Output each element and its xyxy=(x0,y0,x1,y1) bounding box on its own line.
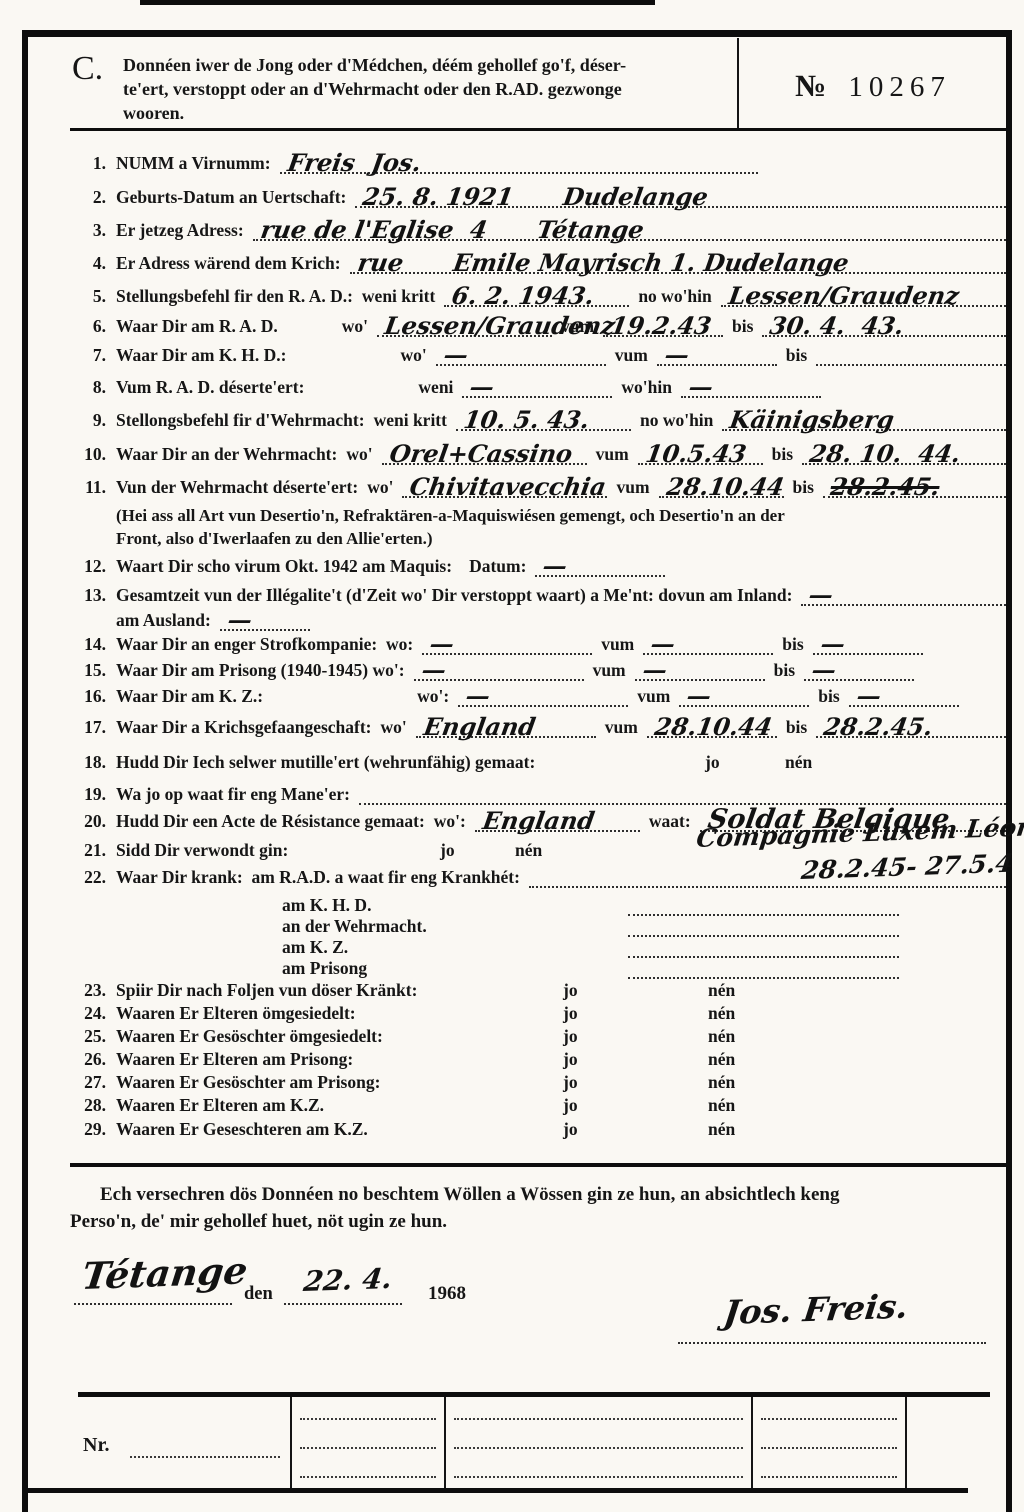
printed-label: vum xyxy=(616,477,649,498)
printed-label: Front, also d'Iwerlaafen zu den Allie'er… xyxy=(116,529,433,549)
row-number: 11. xyxy=(80,477,106,498)
printed-label: nén xyxy=(708,1119,735,1140)
scan-artifact xyxy=(140,0,655,5)
place-dotted-line xyxy=(74,1303,232,1305)
dotted-field: — xyxy=(679,681,809,707)
dotted-field: 10. 5. 43. xyxy=(456,405,631,431)
handwritten-value: 19.2.43 xyxy=(609,314,713,338)
form-row-r7: 7.Waar Dir am K. H. D.:wo'—vum—bis xyxy=(80,342,1006,366)
row-number: 27. xyxy=(80,1072,106,1093)
row-number: 4. xyxy=(80,253,106,274)
dotted-field: 19.2.43 xyxy=(603,311,723,337)
printed-label: jo xyxy=(563,1072,578,1093)
printed-label: vum xyxy=(605,717,638,738)
row-number: 8. xyxy=(80,377,106,398)
printed-label: wo' xyxy=(346,444,372,465)
row-number: 14. xyxy=(80,634,106,655)
handwritten-value: — xyxy=(420,658,448,682)
printed-label: Hudd Dir een Acte de Résistance gemaat: xyxy=(116,811,425,832)
printed-label: Wa jo op waat fir eng Mane'er: xyxy=(116,784,350,805)
printed-label: Hudd Dir Iech selwer mutille'ert (wehrun… xyxy=(116,752,535,773)
printed-label: vum xyxy=(596,444,629,465)
printed-label: nén xyxy=(708,1026,735,1047)
dotted-field: — xyxy=(458,681,628,707)
dotted-field: — xyxy=(813,629,923,655)
handwritten-value: — xyxy=(663,343,691,367)
printed-label: jo xyxy=(563,980,578,1001)
printed-label: Stellungsbefehl fir den R. A. D.: xyxy=(116,286,353,307)
table-dotted-line xyxy=(761,1447,897,1449)
printed-label: vum xyxy=(637,686,670,707)
printed-label: Waar Dir am Prisong (1940-1945) wo': xyxy=(116,660,405,681)
declaration-line-1: Ech versechren dös Donnéen no beschtem W… xyxy=(70,1182,1020,1209)
handwritten-value: Lessen/Graudenz xyxy=(727,284,961,308)
form-row-r16: 16.Waar Dir am K. Z.:wo':—vum—bis— xyxy=(80,683,1006,707)
handwritten-value: — xyxy=(468,375,496,399)
printed-label: nén xyxy=(708,980,735,1001)
table-dotted-line xyxy=(454,1418,743,1420)
form-row-r15: 15.Waar Dir am Prisong (1940-1945) wo':—… xyxy=(80,657,1006,681)
printed-label: wo': xyxy=(434,811,466,832)
table-dotted-line xyxy=(454,1476,743,1478)
dotted-field: — xyxy=(681,372,821,398)
printed-label: Stellongsbefehl fir d'Wehrmacht: xyxy=(116,410,365,431)
row-number: 3. xyxy=(80,220,106,241)
form-row-r13: 13.Gesamtzeit vun der Illégalite't (d'Ze… xyxy=(80,582,1006,606)
form-number-value: 10267 xyxy=(848,71,951,104)
form-row-r17: 17.Waar Dir a Krichsgefaangeschaft:wo'En… xyxy=(80,714,1006,738)
dotted-field: rue Emile Mayrisch 1. Dudelange xyxy=(350,248,1006,274)
dotted-field: Orel+Cassino xyxy=(382,439,587,465)
dotted-field: — xyxy=(220,605,310,631)
table-dotted-line xyxy=(300,1447,436,1449)
table-dotted-line xyxy=(454,1447,743,1449)
table-dotted-line xyxy=(300,1476,436,1478)
printed-label: wo' xyxy=(342,316,368,337)
handwritten-value: 25. 8. 1921 Dudelange xyxy=(361,185,710,209)
footer-table-top-border xyxy=(78,1392,990,1397)
printed-label: vum xyxy=(601,634,634,655)
printed-label: nén xyxy=(708,1003,735,1024)
dotted-field xyxy=(628,953,899,979)
row-number: 26. xyxy=(80,1049,106,1070)
printed-label: Waaren Er Elteren am K.Z. xyxy=(116,1095,324,1116)
dotted-field: 28.10.44 xyxy=(647,712,777,738)
printed-label: Waar Dir an der Wehrmacht: xyxy=(116,444,337,465)
form-title: Donnéen iwer de Jong oder d'Médchen, déé… xyxy=(123,54,723,125)
form-row-n1: (Hei ass all Art vun Desertio'n, Refrakt… xyxy=(80,502,1006,526)
dotted-field: — xyxy=(804,655,914,681)
dotted-field: — xyxy=(414,655,584,681)
row-number: 21. xyxy=(80,840,106,861)
footer-table-divider xyxy=(905,1397,907,1488)
handwritten-value: — xyxy=(464,684,492,708)
footer-table: Nr. xyxy=(28,1392,1006,1493)
form-row-r27: 27.Waaren Er Gesöschter am Prisong:jonén xyxy=(80,1069,1006,1093)
page-border-top xyxy=(22,30,1012,37)
section-rule xyxy=(70,1163,1006,1167)
handwritten-value: — xyxy=(819,632,847,656)
nr-label: Nr. xyxy=(83,1434,109,1457)
row-number: 25. xyxy=(80,1026,106,1047)
printed-label: bis xyxy=(793,477,814,498)
form-row-r18: 18.Hudd Dir Iech selwer mutille'ert (weh… xyxy=(80,749,1006,773)
form-row-r29: 29.Waaren Er Geseschteren am K.Z.jonén xyxy=(80,1116,1006,1140)
dotted-field: 28. 10. 44. xyxy=(802,439,1006,465)
dotted-field: Käinigsberg xyxy=(722,405,1006,431)
handwritten-value: — xyxy=(541,554,569,578)
row-number: 24. xyxy=(80,1003,106,1024)
printed-label: Vum R. A. D. déserte'ert: xyxy=(116,377,304,398)
handwritten-value: — xyxy=(687,375,715,399)
form-row-r4: 4.Er Adress wärend dem Krich:rue Emile M… xyxy=(80,250,1006,274)
form-row-r28: 28.Waaren Er Elteren am K.Z.jonén xyxy=(80,1092,1006,1116)
printed-label: bis xyxy=(772,444,793,465)
handwritten-place: Tétange xyxy=(80,1252,250,1295)
dotted-field: England xyxy=(475,806,640,832)
dotted-field: — xyxy=(849,681,959,707)
printed-label: vum xyxy=(615,345,648,366)
printed-label: jo xyxy=(705,752,720,773)
dotted-field: Lessen/Graudenz xyxy=(377,311,552,337)
handwritten-annotation-krank-dates: 28.2.45- 27.5.4 xyxy=(800,851,1015,883)
footer-table-bottom-border xyxy=(28,1488,968,1493)
handwritten-value: — xyxy=(807,583,835,607)
form-row-r12: 12.Waart Dir scho virum Okt. 1942 am Maq… xyxy=(80,553,1006,577)
printed-label: Datum: xyxy=(469,556,526,577)
printed-label: Waar Dir an enger Strofkompanie: wo: xyxy=(116,634,413,655)
row-number: 5. xyxy=(80,286,106,307)
printed-label: Spiir Dir nach Foljen vun döser Kränkt: xyxy=(116,980,417,1001)
handwritten-value: 28.2.45. xyxy=(829,475,941,499)
printed-label: Er jetzeg Adress: xyxy=(116,220,244,241)
form-row-r10: 10.Waar Dir an der Wehrmacht:wo'Orel+Cas… xyxy=(80,441,1006,465)
handwritten-date: 22. 4. xyxy=(302,1265,394,1296)
handwritten-value: 10. 5. 43. xyxy=(462,408,591,432)
dotted-field: 30. 4. 43. xyxy=(762,311,1006,337)
printed-label: Waar Dir krank: am R.A.D. a waat fir eng… xyxy=(116,867,520,888)
form-row-r3: 3.Er jetzeg Adress:rue de l'Eglise 4 Tét… xyxy=(80,217,1006,241)
declaration-text: Ech versechren dös Donnéen no beschtem W… xyxy=(70,1182,1020,1236)
row-number: 19. xyxy=(80,784,106,805)
form-title-line-3: wooren. xyxy=(123,102,723,126)
signature: Jos. Freis. xyxy=(722,1290,910,1329)
printed-label: wo'hin xyxy=(621,377,672,398)
row-number: 16. xyxy=(80,686,106,707)
printed-label: Vun der Wehrmacht déserte'ert: xyxy=(116,477,358,498)
printed-label: Waaren Er Elteren ömgesiedelt: xyxy=(116,1003,356,1024)
row-number: 18. xyxy=(80,752,106,773)
dotted-field: — xyxy=(657,340,777,366)
dotted-field: — xyxy=(462,372,612,398)
handwritten-value: 28. 10. 44. xyxy=(808,442,962,466)
row-number: 17. xyxy=(80,717,106,738)
row-number: 15. xyxy=(80,660,106,681)
printed-label: Gesamtzeit vun der Illégalite't (d'Zeit … xyxy=(116,585,792,606)
table-dotted-line xyxy=(761,1418,897,1420)
handwritten-value: — xyxy=(428,632,456,656)
printed-label: bis xyxy=(786,717,807,738)
handwritten-value: — xyxy=(442,343,470,367)
printed-label: Waar Dir a Krichsgefaangeschaft: xyxy=(116,717,372,738)
row-number: 6. xyxy=(80,316,106,337)
row-number: 23. xyxy=(80,980,106,1001)
printed-label: jo xyxy=(563,1026,578,1047)
printed-label: Geburts-Datum an Uertschaft: xyxy=(116,187,346,208)
row-number: 13. xyxy=(80,585,106,606)
printed-label: Waar Dir am K. Z.: xyxy=(116,686,263,707)
dotted-field: — xyxy=(436,340,606,366)
form-row-r23: 23.Spiir Dir nach Foljen vun döser Kränk… xyxy=(80,977,1006,1001)
printed-label: nén xyxy=(708,1072,735,1093)
dotted-field: 10.5.43 xyxy=(638,439,763,465)
signature-dotted-line xyxy=(678,1342,986,1344)
printed-label: vum xyxy=(593,660,626,681)
printed-label: bis xyxy=(818,686,839,707)
printed-label: bis xyxy=(774,660,795,681)
printed-label: jo xyxy=(563,1095,578,1116)
handwritten-value: Käinigsberg xyxy=(728,408,896,432)
form-row-r2: 2.Geburts-Datum an Uertschaft:25. 8. 192… xyxy=(80,184,1006,208)
row-number: 1. xyxy=(80,153,106,174)
printed-label: bis xyxy=(732,316,753,337)
form-row-r6: 6.Waar Dir am R. A. D.wo'Lessen/Graudenz… xyxy=(80,313,1006,337)
printed-label: Sidd Dir verwondt gin: xyxy=(116,840,288,861)
dotted-field: 28.2.45. xyxy=(816,712,1006,738)
printed-label: weni xyxy=(418,377,453,398)
printed-label: nén xyxy=(708,1049,735,1070)
handwritten-value: 30. 4. 43. xyxy=(768,314,905,338)
printed-label: bis xyxy=(786,345,807,366)
form-row-r5: 5.Stellungsbefehl fir den R. A. D.:weni … xyxy=(80,283,1006,307)
printed-label: jo xyxy=(563,1003,578,1024)
numero-sign: № xyxy=(795,68,826,104)
year-label: 1968 xyxy=(428,1283,466,1305)
printed-label: wo' xyxy=(381,717,407,738)
dotted-field: 28.2.45. xyxy=(823,472,1006,498)
nr-dotted-line xyxy=(130,1456,280,1458)
dotted-field: 28.10.44 xyxy=(659,472,784,498)
den-label: den xyxy=(244,1284,273,1305)
printed-label: Er Adress wärend dem Krich: xyxy=(116,253,341,274)
form-row-r14: 14.Waar Dir an enger Strofkompanie: wo:—… xyxy=(80,631,1006,655)
dotted-field: 25. 8. 1921 Dudelange xyxy=(355,182,1006,208)
handwritten-value: — xyxy=(685,684,713,708)
table-dotted-line xyxy=(761,1476,897,1478)
printed-label: weni kritt xyxy=(374,410,447,431)
date-dotted-line xyxy=(284,1303,402,1305)
row-number: 22. xyxy=(80,867,106,888)
printed-label: wo': xyxy=(417,686,449,707)
dotted-field: Chivitavecchia xyxy=(402,472,607,498)
row-number: 12. xyxy=(80,556,106,577)
form-title-line-2: te'ert, verstoppt oder an d'Wehrmacht od… xyxy=(123,78,723,102)
footer-table-divider xyxy=(751,1397,753,1488)
handwritten-value: — xyxy=(810,658,838,682)
dotted-field: England xyxy=(416,712,596,738)
printed-label: weni kritt xyxy=(362,286,435,307)
printed-label: NUMM a Virnumm: xyxy=(116,153,271,174)
dotted-field: — xyxy=(422,629,592,655)
printed-label: Waart Dir scho virum Okt. 1942 am Maquis… xyxy=(116,556,452,577)
dotted-field: 6. 2. 1943. xyxy=(444,281,629,307)
printed-label: jo xyxy=(440,840,455,861)
dotted-field: rue de l'Eglise 4 Tétange xyxy=(253,215,1006,241)
dotted-field xyxy=(359,779,1006,805)
printed-label: nén xyxy=(515,840,542,861)
handwritten-value: 6. 2. 1943. xyxy=(450,284,596,308)
printed-label: waat: xyxy=(649,811,691,832)
printed-label: nén xyxy=(785,752,812,773)
form-row-r25: 25.Waaren Er Gesöschter ömgesiedelt:joné… xyxy=(80,1023,1006,1047)
footer-table-divider xyxy=(444,1397,446,1488)
handwritten-value: Freis Jos. xyxy=(286,151,423,175)
declaration-line-2: Perso'n, de' mir gehollef huet, nöt ugin… xyxy=(70,1209,1020,1236)
printed-label: no wo'hin xyxy=(640,410,713,431)
page-border-left xyxy=(22,30,28,1512)
handwritten-value: 28.10.44 xyxy=(653,715,774,739)
printed-label: wo' xyxy=(367,477,393,498)
form-row-s4: am Prisong xyxy=(80,955,1006,979)
form-row-n2: Front, also d'Iwerlaafen zu den Allie'er… xyxy=(80,525,1006,549)
row-number: 20. xyxy=(80,811,106,832)
row-number: 28. xyxy=(80,1095,106,1116)
printed-label: Waaren Er Elteren am Prisong: xyxy=(116,1049,353,1070)
printed-label: no wo'hin xyxy=(638,286,711,307)
row-number: 2. xyxy=(80,187,106,208)
form-row-r9: 9.Stellongsbefehl fir d'Wehrmacht:weni k… xyxy=(80,407,1006,431)
document-page: C. Donnéen iwer de Jong oder d'Médchen, … xyxy=(0,0,1024,1512)
form-number: № 10267 xyxy=(748,68,998,104)
printed-label: Waar Dir am R. A. D. xyxy=(116,316,278,337)
printed-label: Waaren Er Gesöschter am Prisong: xyxy=(116,1072,380,1093)
handwritten-value: England xyxy=(422,715,537,739)
handwritten-value: — xyxy=(641,658,669,682)
dotted-field: Freis Jos. xyxy=(280,148,758,174)
handwritten-value: Orel+Cassino xyxy=(388,442,574,466)
form-row-r26: 26.Waaren Er Elteren am Prisong:jonén xyxy=(80,1046,1006,1070)
row-number: 9. xyxy=(80,410,106,431)
dotted-field: — xyxy=(801,580,1006,606)
section-letter: C. xyxy=(72,50,103,88)
handwritten-value: 28.10.44 xyxy=(665,475,786,499)
form-title-line-1: Donnéen iwer de Jong oder d'Médchen, déé… xyxy=(123,54,723,78)
page-border-right xyxy=(1006,30,1012,1512)
footer-table-divider xyxy=(290,1397,292,1488)
printed-label: jo xyxy=(563,1119,578,1140)
printed-label: nén xyxy=(708,1095,735,1116)
printed-label: am Prisong xyxy=(282,958,619,979)
printed-label: (Hei ass all Art vun Desertio'n, Refrakt… xyxy=(116,506,785,526)
handwritten-value: rue de l'Eglise 4 Tétange xyxy=(259,218,646,242)
printed-label: wo' xyxy=(400,345,426,366)
handwritten-value: 28.2.45. xyxy=(822,715,934,739)
table-dotted-line xyxy=(300,1418,436,1420)
form-row-r19: 19.Wa jo op waat fir eng Mane'er: xyxy=(80,781,1006,805)
printed-label: Waaren Er Geseschteren am K.Z. xyxy=(116,1119,368,1140)
dotted-field: — xyxy=(535,551,665,577)
row-number: 29. xyxy=(80,1119,106,1140)
form-row-r13b: am Ausland:— xyxy=(80,607,1006,631)
printed-label: Waar Dir am K. H. D.: xyxy=(116,345,286,366)
dotted-field: — xyxy=(635,655,765,681)
dotted-field: Lessen/Graudenz xyxy=(721,281,1006,307)
handwritten-value: England xyxy=(481,809,596,833)
handwritten-value: — xyxy=(855,684,883,708)
form-row-r8: 8.Vum R. A. D. déserte'ert:weni—wo'hin— xyxy=(80,374,1006,398)
printed-label: am Ausland: xyxy=(116,610,211,631)
printed-label: bis xyxy=(782,634,803,655)
printed-label: Waaren Er Gesöschter ömgesiedelt: xyxy=(116,1026,383,1047)
handwritten-value: Chivitavecchia xyxy=(408,475,608,499)
handwritten-value: 10.5.43 xyxy=(644,442,748,466)
dotted-field xyxy=(816,340,1006,366)
handwritten-value: Lessen/Graudenz xyxy=(383,314,617,338)
header-divider xyxy=(737,38,739,130)
form-row-r11: 11.Vun der Wehrmacht déserte'ert:wo'Chiv… xyxy=(80,474,1006,498)
row-number: 7. xyxy=(80,345,106,366)
handwritten-value: rue Emile Mayrisch 1. Dudelange xyxy=(356,251,850,275)
row-number: 10. xyxy=(80,444,106,465)
form-row-r1: 1.NUMM a Virnumm:Freis Jos. xyxy=(80,150,1006,174)
handwritten-value: — xyxy=(649,632,677,656)
dotted-field: — xyxy=(643,629,773,655)
form-row-r24: 24.Waaren Er Elteren ömgesiedelt:jonén xyxy=(80,1000,1006,1024)
printed-label: jo xyxy=(563,1049,578,1070)
header-rule xyxy=(70,128,1006,131)
handwritten-value: — xyxy=(226,608,254,632)
